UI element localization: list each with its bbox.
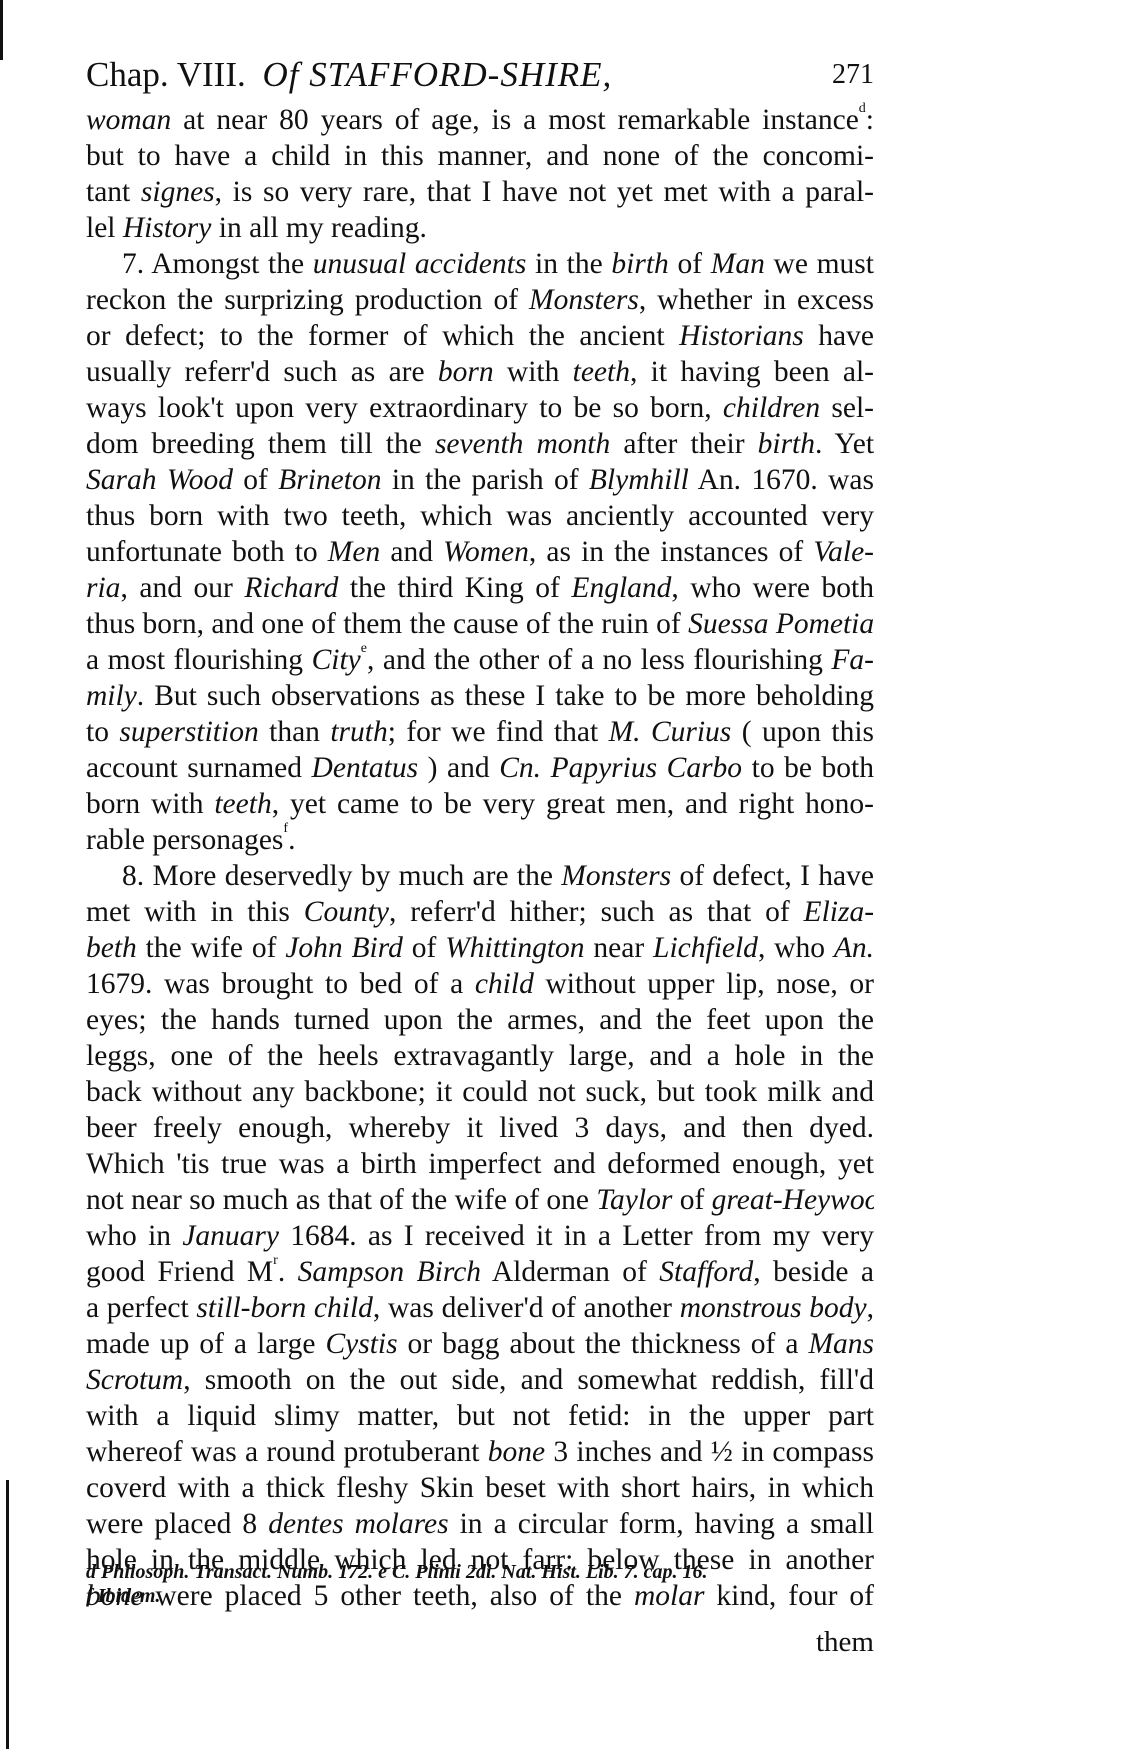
text-line: were placed 8 dentes molares in a circul… xyxy=(86,1506,874,1542)
text-line: woman at near 80 years of age, is a most… xyxy=(86,102,874,138)
text-line: account surnamed Dentatus ) and Cn. Papy… xyxy=(86,750,874,786)
text-line: leggs, one of the heels extravagantly la… xyxy=(86,1038,874,1074)
text-line: rable personagesf. xyxy=(86,822,874,858)
text-line: whereof was a round protuberant bone 3 i… xyxy=(86,1434,874,1470)
text-line: born with teeth, yet came to be very gre… xyxy=(86,786,874,822)
text-line: a most flourishing Citye, and the other … xyxy=(86,642,874,678)
text-line: beth the wife of John Bird of Whittingto… xyxy=(86,930,874,966)
text-line: met with in this County, referr'd hither… xyxy=(86,894,874,930)
text-line: Which 'tis true was a birth imperfect an… xyxy=(86,1146,874,1182)
text-line: made up of a large Cystis or bagg about … xyxy=(86,1326,874,1362)
text-line: thus born, and one of them the cause of … xyxy=(86,606,874,642)
running-title: Of STAFFORD-SHIRE, xyxy=(263,55,613,94)
footnote: d Philosoph. Transact. Numb. 172. e C. P… xyxy=(86,1560,874,1584)
text-line: dom breeding them till the seventh month… xyxy=(86,426,874,462)
text-line: but to have a child in this manner, and … xyxy=(86,138,874,174)
text-line: 8. More deservedly by much are the Monst… xyxy=(86,858,874,894)
text-line: good Friend Mr. Sampson Birch Alderman o… xyxy=(86,1254,874,1290)
footnotes: d Philosoph. Transact. Numb. 172. e C. P… xyxy=(86,1560,874,1608)
footnote: f Ibidem. xyxy=(86,1584,874,1608)
text-line: thus born with two teeth, which was anci… xyxy=(86,498,874,534)
catchword: them xyxy=(816,1626,874,1659)
text-line: reckon the surprizing production of Mons… xyxy=(86,282,874,318)
text-line: Scrotum, smooth on the out side, and som… xyxy=(86,1362,874,1398)
text-line: unfortunate both to Men and Women, as in… xyxy=(86,534,874,570)
text-line: lel History in all my reading. xyxy=(86,210,874,246)
text-line: to superstition than truth; for we find … xyxy=(86,714,874,750)
text-line: usually referr'd such as are born with t… xyxy=(86,354,874,390)
text-line: 7. Amongst the unusual accidents in the … xyxy=(86,246,874,282)
text-line: not near so much as that of the wife of … xyxy=(86,1182,874,1218)
text-line: coverd with a thick fleshy Skin beset wi… xyxy=(86,1470,874,1506)
text-line: who in January 1684. as I received it in… xyxy=(86,1218,874,1254)
body-text: woman at near 80 years of age, is a most… xyxy=(86,102,874,1614)
running-head: Chap. VIII. Of STAFFORD-SHIRE, 271 xyxy=(86,50,874,100)
text-line: ria, and our Richard the third King of E… xyxy=(86,570,874,606)
page-number: 271 xyxy=(832,50,874,100)
page-edge-shadow-top xyxy=(0,0,3,60)
text-line: Sarah Wood of Brineton in the parish of … xyxy=(86,462,874,498)
text-line: beer freely enough, whereby it lived 3 d… xyxy=(86,1110,874,1146)
page-edge-shadow-bottom xyxy=(6,1480,9,1749)
text-line: eyes; the hands turned upon the armes, a… xyxy=(86,1002,874,1038)
chapter-label: Chap. VIII. xyxy=(86,55,246,94)
text-line: 1679. was brought to bed of a child with… xyxy=(86,966,874,1002)
text-line: ways look't upon very extraordinary to b… xyxy=(86,390,874,426)
text-line: or defect; to the former of which the an… xyxy=(86,318,874,354)
text-line: tant signes, is so very rare, that I hav… xyxy=(86,174,874,210)
text-line: mily. But such observations as these I t… xyxy=(86,678,874,714)
text-line: with a liquid slimy matter, but not feti… xyxy=(86,1398,874,1434)
text-line: a perfect still-born child, was deliver'… xyxy=(86,1290,874,1326)
text-line: back without any backbone; it could not … xyxy=(86,1074,874,1110)
